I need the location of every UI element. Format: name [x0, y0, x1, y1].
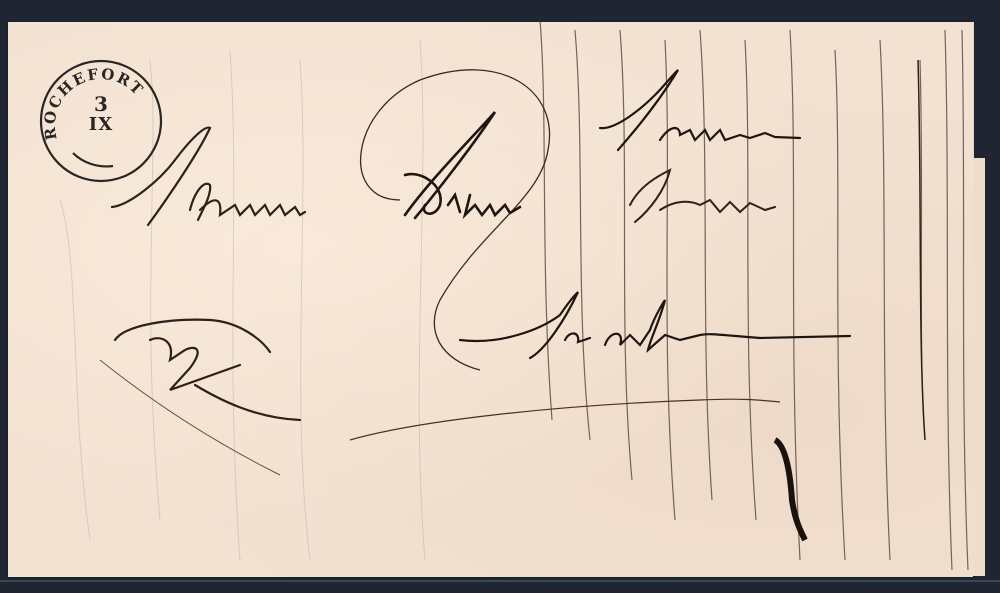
- postmark-stamp: ROCHEFORT 3 IX: [38, 58, 164, 184]
- letter-fold-flap: [973, 158, 985, 576]
- postmark-day: 3: [38, 92, 164, 116]
- frame-edge: [0, 580, 1000, 582]
- postmark-month: IX: [38, 114, 164, 135]
- letter-fold-edge: [973, 22, 974, 158]
